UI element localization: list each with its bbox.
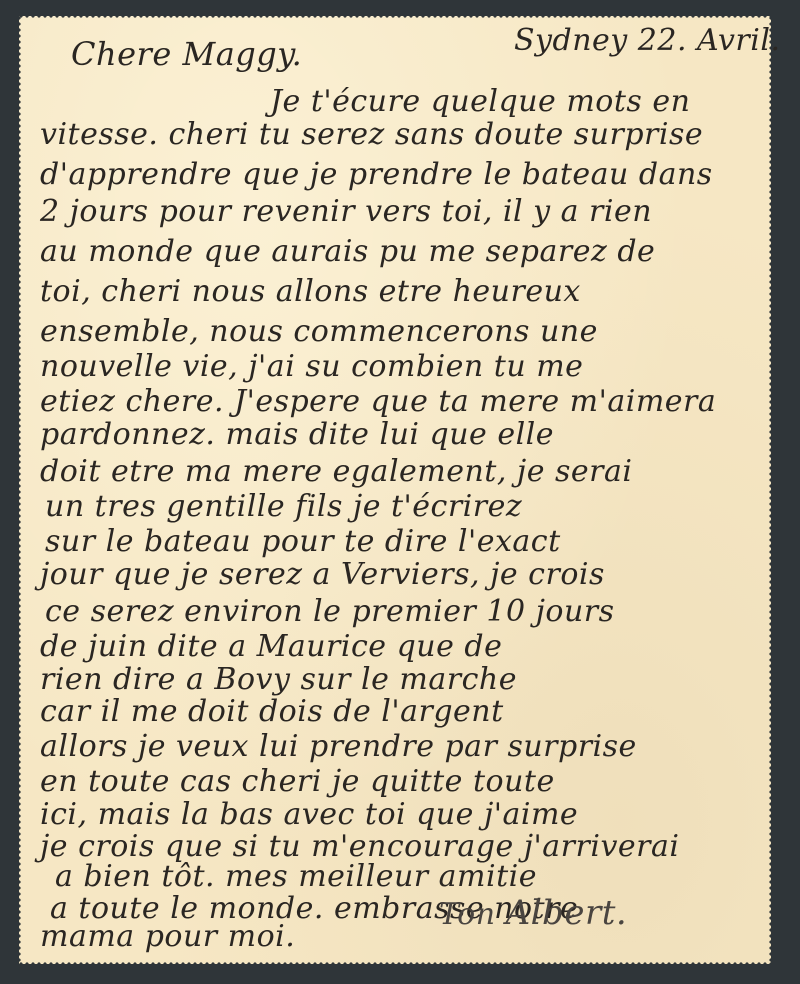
letter-signature: Ton Albert.: [439, 896, 627, 930]
letter-line: d'apprendre que je prendre le bateau dan…: [40, 160, 713, 190]
letter-line: ensemble, nous commencerons une: [40, 317, 598, 347]
letter-line: pardonnez. mais dite lui que elle: [40, 420, 554, 450]
perforated-edge-right: [769, 16, 773, 964]
letter-line: 2 jours pour revenir vers toi, il y a ri…: [40, 197, 652, 227]
letter-line: allors je veux lui prendre par surprise: [40, 732, 637, 762]
letter-line: toi, cheri nous allons etre heureux: [40, 277, 581, 307]
letter-line: Je t'écure quelque mots en: [270, 87, 690, 117]
letter-line: car il me doit dois de l'argent: [40, 697, 504, 727]
letter-line: vitesse. cheri tu serez sans doute surpr…: [40, 120, 703, 150]
perforated-edge-left: [17, 16, 21, 964]
signature-name: Albert.: [506, 893, 628, 933]
letter-line: jour que je serez a Verviers, je crois: [40, 560, 605, 590]
letter-line: a bien tôt. mes meilleur amitie: [55, 862, 537, 892]
letter-line: nouvelle vie, j'ai su combien tu me: [40, 352, 583, 382]
letter-line: etiez chere. J'espere que ta mere m'aime…: [40, 387, 716, 417]
letter-line: en toute cas cheri je quitte toute: [40, 767, 555, 797]
letter-place-date: Sydney 22. Avril.: [514, 26, 780, 56]
letter-line: doit etre ma mere egalement, je serai: [40, 457, 633, 487]
letter-line: ce serez environ le premier 10 jours: [45, 597, 615, 627]
letter-greeting: Chere Maggy.: [71, 38, 302, 70]
letter-line: mama pour moi.: [40, 922, 295, 952]
letter-paper: Sydney 22. Avril. Chere Maggy. Je t'écur…: [19, 16, 771, 964]
letter-line: sur le bateau pour te dire l'exact: [45, 527, 561, 557]
letter-line: de juin dite a Maurice que de: [40, 632, 502, 662]
letter-line: un tres gentille fils je t'écrirez: [45, 492, 522, 522]
signature-prefix: Ton: [439, 897, 496, 932]
letter-line: au monde que aurais pu me separez de: [40, 237, 655, 267]
letter-line: rien dire a Bovy sur le marche: [40, 665, 517, 695]
letter-line: ici, mais la bas avec toi que j'aime: [40, 800, 578, 830]
letter-line: je crois que si tu m'encourage j'arriver…: [40, 832, 680, 862]
